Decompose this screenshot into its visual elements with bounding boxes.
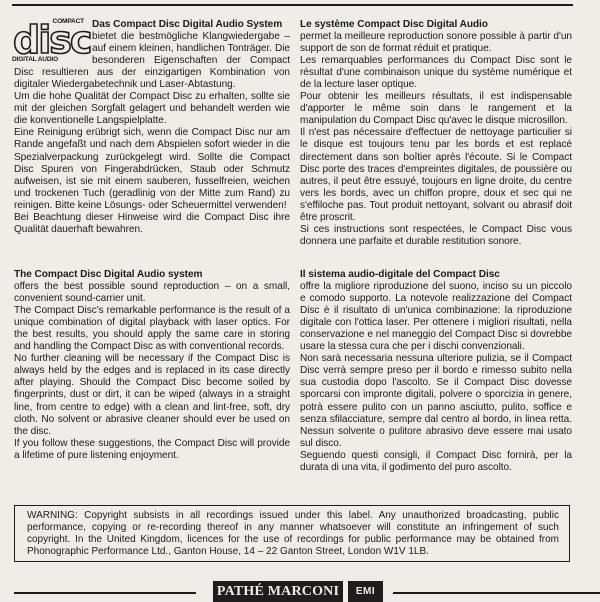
pathe-marconi-logo: PATHÉ MARCONI: [213, 581, 343, 602]
section-italian: Il sistema audio-digitale del Compact Di…: [300, 269, 572, 474]
section-paragraph: offers the best possible sound reproduct…: [14, 281, 290, 305]
section-paragraph: The Compact Disc's remarkable performanc…: [14, 305, 290, 353]
top-divider-rule: [12, 4, 573, 6]
copyright-warning-text: WARNING: Copyright subsists in all recor…: [27, 510, 559, 558]
compact-disc-logo-icon: COMPACT disc DIGITAL AUDIO: [12, 19, 86, 63]
section-paragraph: If you follow these suggestions, the Com…: [14, 438, 290, 462]
logo-disc-wordmark: disc: [13, 24, 90, 56]
copyright-warning-box: WARNING: Copyright subsists in all recor…: [14, 505, 570, 562]
section-paragraph: Pour obtenir les meilleurs résultats, il…: [300, 91, 572, 127]
section-german: COMPACT disc DIGITAL AUDIO Das Compact D…: [14, 19, 290, 236]
footer-divider-right: [393, 592, 600, 594]
section-heading: The Compact Disc Digital Audio system: [14, 269, 290, 281]
section-paragraph: Bei Beachtung dieser Hinweise wird die C…: [14, 212, 290, 236]
logo-digital-audio-label: DIGITAL AUDIO: [12, 56, 58, 63]
section-paragraph: No further cleaning will be necessary if…: [14, 353, 290, 437]
footer-divider-left: [14, 592, 196, 594]
section-french: Le système Compact Disc Digital Audio pe…: [300, 19, 572, 248]
section-paragraph: Les remarquables performances du Compact…: [300, 55, 572, 91]
section-paragraph: Si ces instructions sont respectées, le …: [300, 224, 572, 248]
section-paragraph: offre la migliore riproduzione del suono…: [300, 281, 572, 353]
section-heading: Il sistema audio-digitale del Compact Di…: [300, 269, 572, 281]
section-paragraph: Non sarà necessaria nessuna ulteriore pu…: [300, 353, 572, 449]
emi-logo: EMI: [348, 581, 383, 602]
section-paragraph: Il n'est pas nécessaire d'effectuer de n…: [300, 127, 572, 223]
section-paragraph: Eine Reinigung erübrigt sich, wenn die C…: [14, 127, 290, 211]
section-english: The Compact Disc Digital Audio system of…: [14, 269, 290, 462]
section-paragraph: Um die hohe Qualität der Compact Disc zu…: [14, 91, 290, 127]
section-paragraph: Seguendo questi consigli, il Compact Dis…: [300, 450, 572, 474]
section-heading: Le système Compact Disc Digital Audio: [300, 19, 572, 31]
section-paragraph: permet la meilleure reproduction sonore …: [300, 31, 572, 55]
